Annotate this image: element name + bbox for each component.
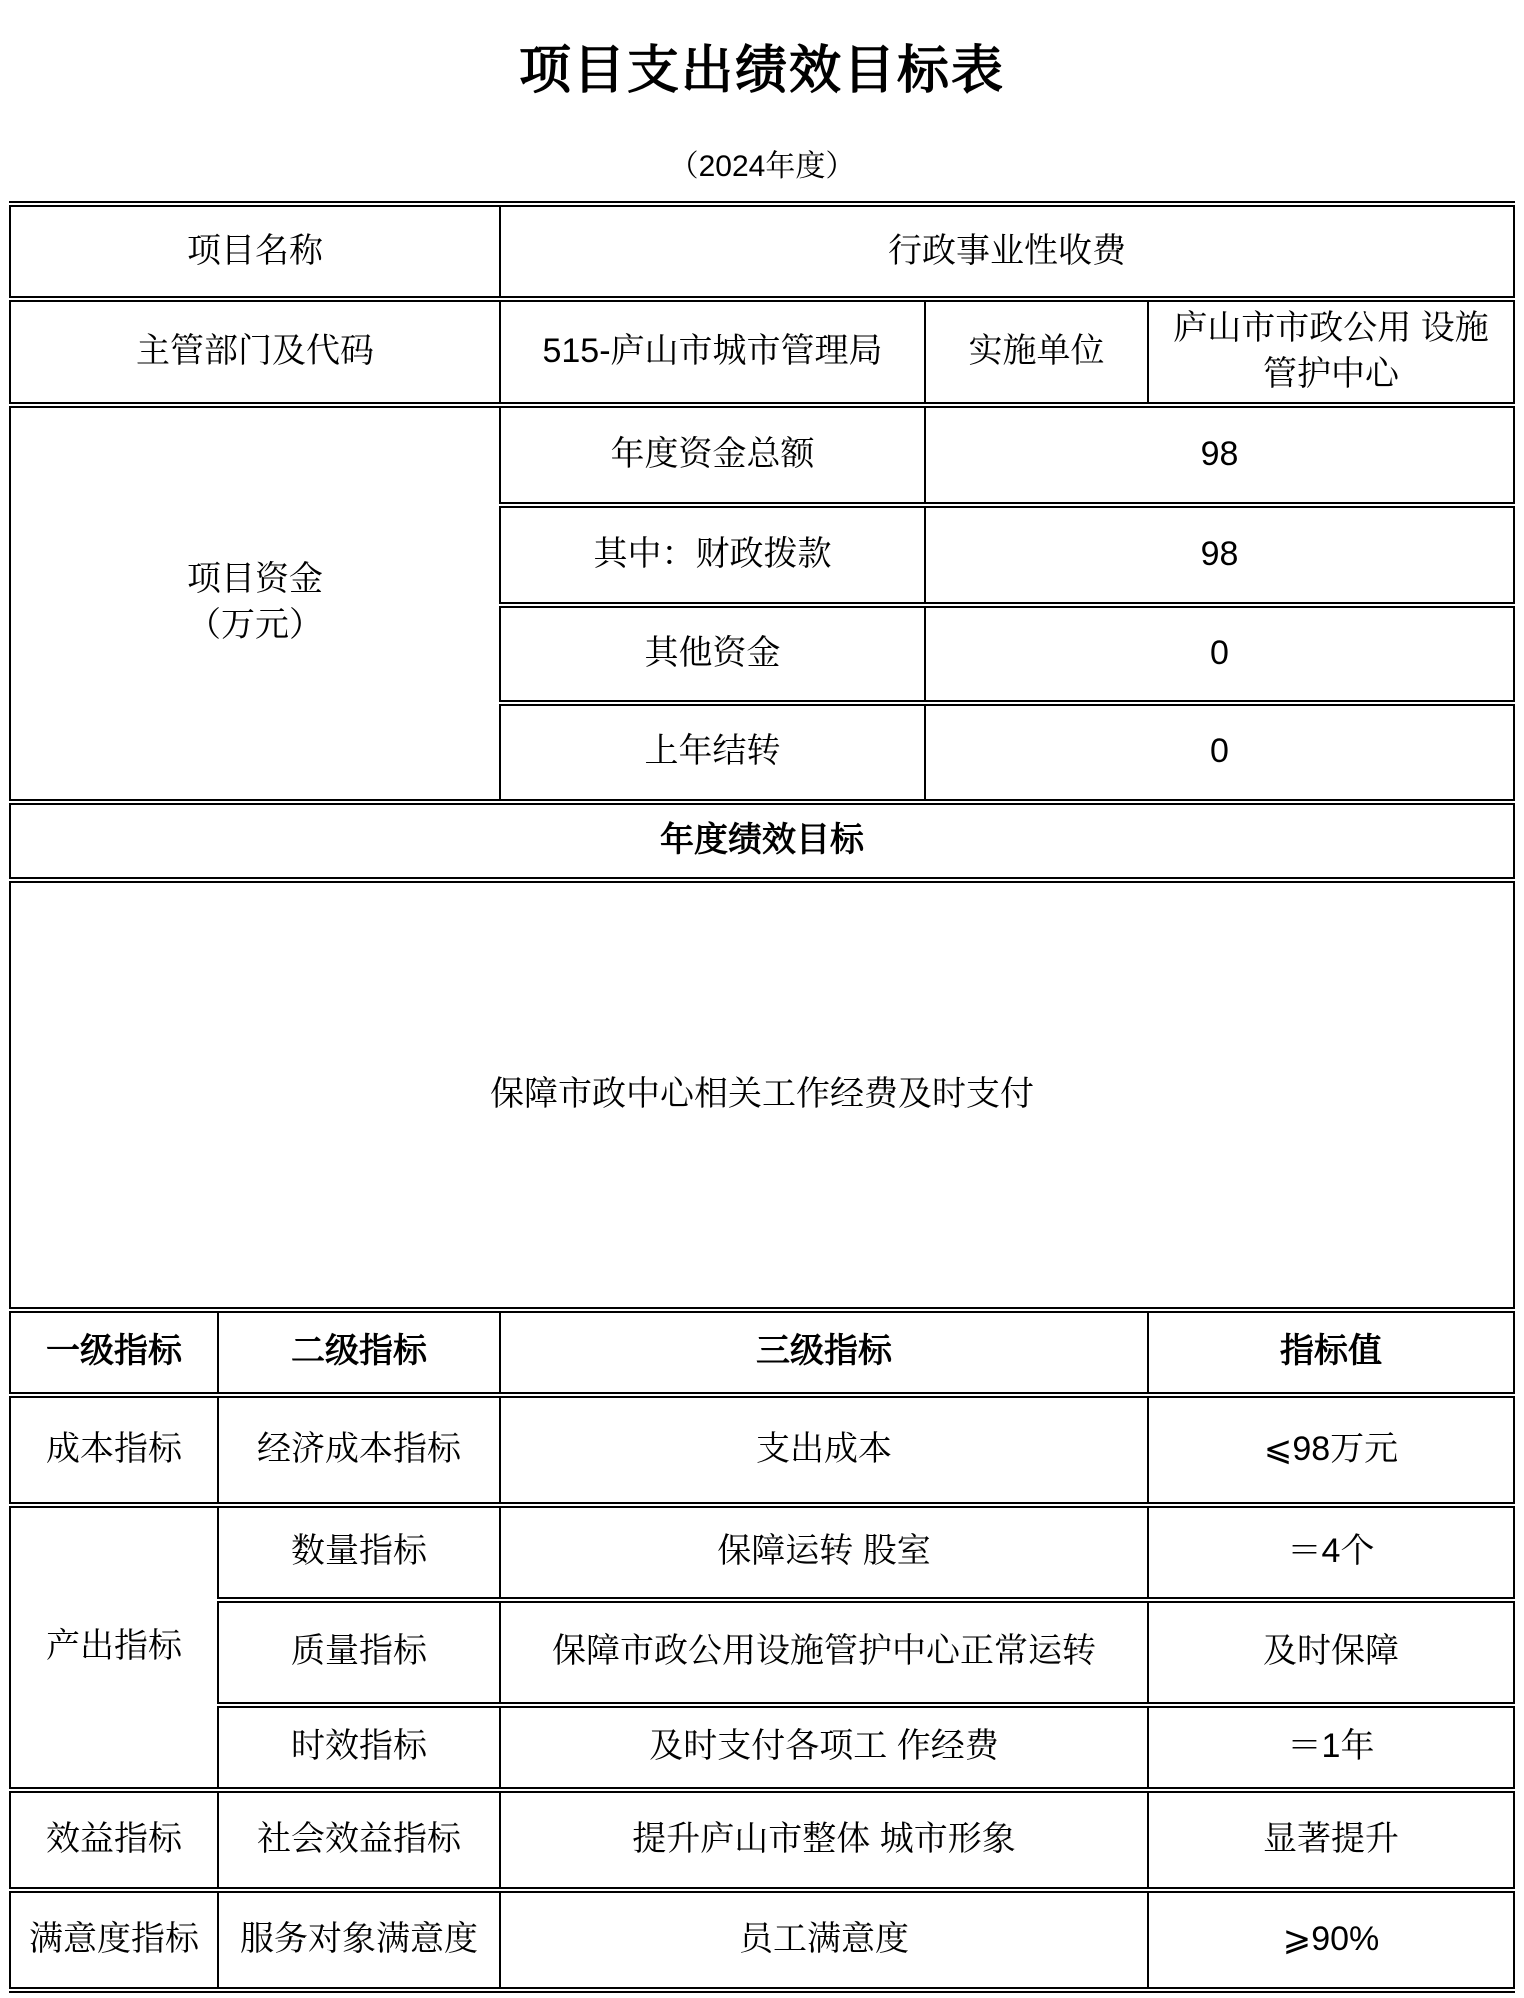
- table-row: 质量指标 保障市政公用设施管护中心正常运转 及时保障: [10, 1600, 1514, 1705]
- indicator-level2: 质量指标: [218, 1600, 500, 1705]
- table-row: 项目资金 （万元） 年度资金总额 98: [10, 405, 1514, 505]
- implementing-unit-label: 实施单位: [925, 299, 1148, 405]
- column-header-level1: 一级指标: [10, 1310, 218, 1395]
- table-row: 主管部门及代码 515-庐山市城市管理局 实施单位 庐山市市政公用 设施 管护中…: [10, 299, 1514, 405]
- indicator-level3: 支出成本: [500, 1395, 1148, 1505]
- funding-row-label: 其他资金: [500, 605, 925, 703]
- table-row: 时效指标 及时支付各项工 作经费 ＝1年: [10, 1705, 1514, 1790]
- indicator-level2: 数量指标: [218, 1505, 500, 1600]
- indicator-level2: 社会效益指标: [218, 1790, 500, 1890]
- funding-row-label: 上年结转: [500, 703, 925, 802]
- table-header-row: 一级指标 二级指标 三级指标 指标值: [10, 1310, 1514, 1395]
- table-row: 成本指标 经济成本指标 支出成本 ⩽98万元: [10, 1395, 1514, 1505]
- column-header-level2: 二级指标: [218, 1310, 500, 1395]
- indicator-value: ⩽98万元: [1148, 1395, 1514, 1505]
- indicator-level2: 经济成本指标: [218, 1395, 500, 1505]
- indicator-value: ＝4个: [1148, 1505, 1514, 1600]
- department-label: 主管部门及代码: [10, 299, 500, 405]
- indicator-value: 及时保障: [1148, 1600, 1514, 1705]
- indicator-level3: 员工满意度: [500, 1890, 1148, 1990]
- indicator-level3: 提升庐山市整体 城市形象: [500, 1790, 1148, 1890]
- performance-target-document: 项目支出绩效目标表 （2024年度） 项目名称 行政事业性收费 主管部门及代码 …: [0, 0, 1524, 1998]
- annual-goal-content: 保障市政中心相关工作经费及时支付: [10, 880, 1514, 1310]
- indicator-value: ⩾90%: [1148, 1890, 1514, 1990]
- indicator-level2: 时效指标: [218, 1705, 500, 1790]
- column-header-value: 指标值: [1148, 1310, 1514, 1395]
- indicator-level1: 满意度指标: [10, 1890, 218, 1990]
- department-value: 515-庐山市城市管理局: [500, 299, 925, 405]
- implementing-unit-value: 庐山市市政公用 设施 管护中心: [1148, 299, 1514, 405]
- funding-row-value: 0: [925, 605, 1514, 703]
- page-subtitle: （2024年度）: [0, 141, 1524, 185]
- indicator-level3: 保障市政公用设施管护中心正常运转: [500, 1600, 1148, 1705]
- indicator-level1: 成本指标: [10, 1395, 218, 1505]
- funding-row-value: 98: [925, 405, 1514, 505]
- table-row: 满意度指标 服务对象满意度 员工满意度 ⩾90%: [10, 1890, 1514, 1990]
- page-title: 项目支出绩效目标表: [0, 0, 1524, 103]
- annual-goal-header: 年度绩效目标: [10, 802, 1514, 880]
- indicator-level1: 产出指标: [10, 1505, 218, 1790]
- project-funds-label: 项目资金 （万元）: [10, 405, 500, 802]
- table-row: 效益指标 社会效益指标 提升庐山市整体 城市形象 显著提升: [10, 1790, 1514, 1890]
- indicator-level2: 服务对象满意度: [218, 1890, 500, 1990]
- indicator-level1: 效益指标: [10, 1790, 218, 1890]
- funding-row-value: 98: [925, 505, 1514, 605]
- project-name-value: 行政事业性收费: [500, 204, 1514, 299]
- funding-row-value: 0: [925, 703, 1514, 802]
- table-row: 年度绩效目标: [10, 802, 1514, 880]
- indicator-level3: 保障运转 股室: [500, 1505, 1148, 1600]
- column-header-level3: 三级指标: [500, 1310, 1148, 1395]
- table-row: 保障市政中心相关工作经费及时支付: [10, 880, 1514, 1310]
- indicator-value: ＝1年: [1148, 1705, 1514, 1790]
- table-row: 产出指标 数量指标 保障运转 股室 ＝4个: [10, 1505, 1514, 1600]
- project-name-label: 项目名称: [10, 204, 500, 299]
- performance-target-table: 项目名称 行政事业性收费 主管部门及代码 515-庐山市城市管理局 实施单位 庐…: [9, 201, 1515, 1993]
- funding-row-label: 年度资金总额: [500, 405, 925, 505]
- indicator-level3: 及时支付各项工 作经费: [500, 1705, 1148, 1790]
- indicator-value: 显著提升: [1148, 1790, 1514, 1890]
- funding-row-label: 其中：财政拨款: [500, 505, 925, 605]
- table-row: 项目名称 行政事业性收费: [10, 204, 1514, 299]
